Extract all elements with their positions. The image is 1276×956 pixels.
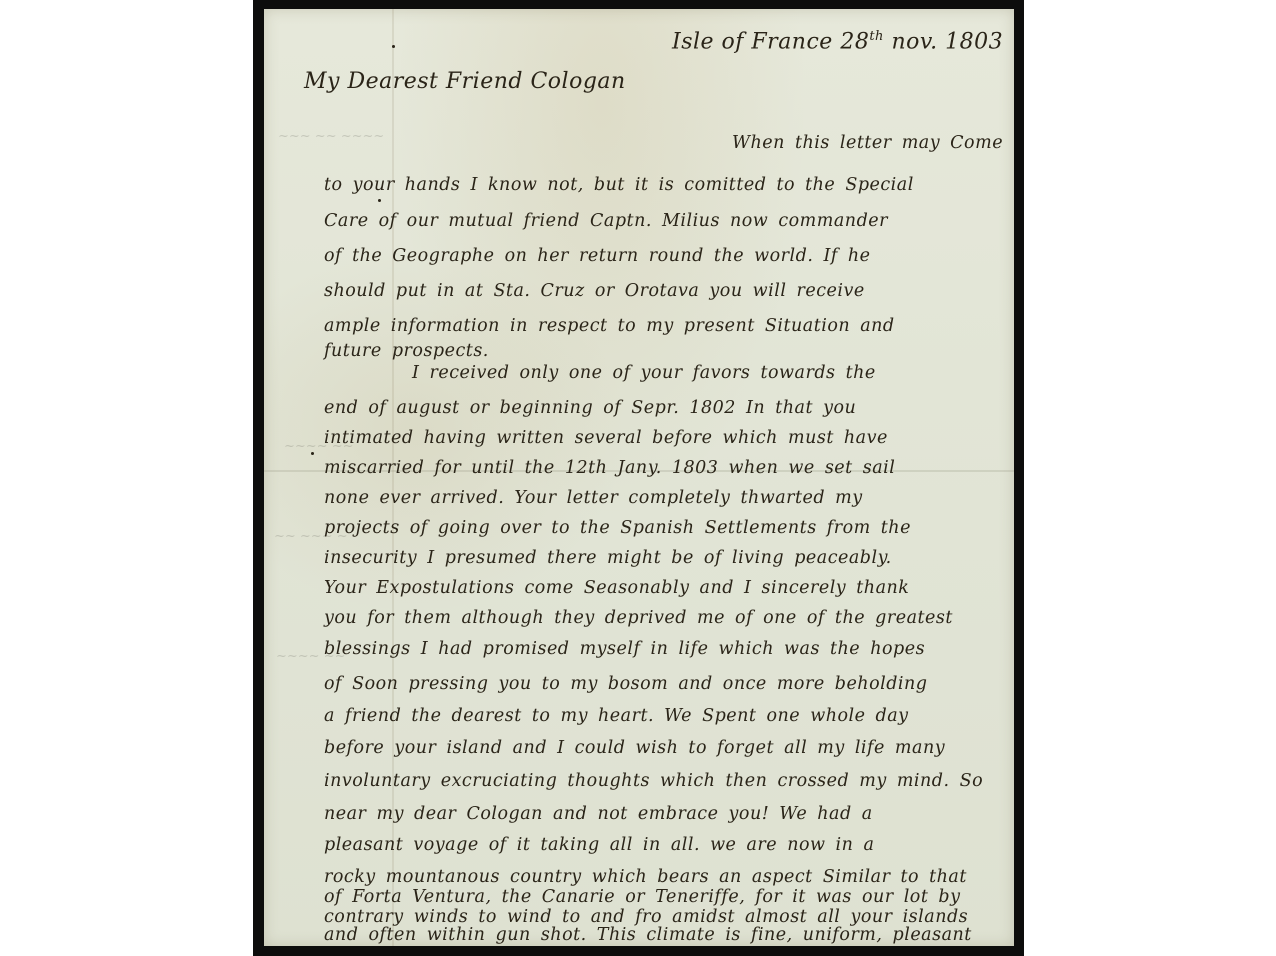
letter-line: you for them although they deprived me o… xyxy=(324,608,953,628)
letter-line: of Soon pressing you to my bosom and onc… xyxy=(324,674,927,694)
letter-line: ample information in respect to my prese… xyxy=(324,316,895,336)
ink-speck xyxy=(378,199,381,202)
letter-line: blessings I had promised myself in life … xyxy=(324,639,925,659)
letter-line: of Forta Ventura, the Canarie or Tenerif… xyxy=(324,887,961,907)
letter-line: rocky mountanous country which bears an … xyxy=(324,867,967,887)
letter-line: end of august or beginning of Sepr. 1802… xyxy=(324,398,856,418)
letter-line: miscarried for until the 12th Jany. 1803… xyxy=(324,458,895,478)
letter-line: contrary winds to wind to and fro amidst… xyxy=(324,907,968,927)
letter-line: insecurity I presumed there might be of … xyxy=(324,548,892,568)
dateline-month: nov. xyxy=(891,29,937,54)
letter-line: before your island and I could wish to f… xyxy=(324,738,945,758)
dateline-day: 28 xyxy=(840,29,869,54)
letter-line: a friend the dearest to my heart. We Spe… xyxy=(324,706,909,726)
letter-line: of the Geographe on her return round the… xyxy=(324,246,871,266)
letter-line: projects of going over to the Spanish Se… xyxy=(324,518,911,538)
dateline-day-suffix: th xyxy=(869,29,884,44)
letter-line: involuntary excruciating thoughts which … xyxy=(324,771,983,791)
letter-line: pleasant voyage of it taking all in all.… xyxy=(324,835,874,855)
letter-line: should put in at Sta. Cruz or Orotava yo… xyxy=(324,281,865,301)
letter-line: Your Expostulations come Seasonably and … xyxy=(324,578,909,598)
dateline-place: Isle of France xyxy=(672,29,833,54)
bleed-through-text: ~~~ ~~ ~~~~ xyxy=(278,129,384,144)
letter-line: I received only one of your favors towar… xyxy=(412,363,876,383)
letter-line: to your hands I know not, but it is comi… xyxy=(324,175,914,195)
salutation: My Dearest Friend Cologan xyxy=(304,69,626,94)
dateline-year: 1803 xyxy=(945,29,1003,54)
letter-line: intimated having written several before … xyxy=(324,428,888,448)
letter-line: When this letter may Come xyxy=(732,133,1003,153)
dateline: Isle of France 28th nov. 1803 xyxy=(672,29,1003,54)
ink-speck xyxy=(311,452,314,455)
letter-line: near my dear Cologan and not embrace you… xyxy=(324,804,873,824)
letter-line: Care of our mutual friend Captn. Milius … xyxy=(324,211,888,231)
ink-speck xyxy=(392,45,395,48)
letter-line: future prospects. xyxy=(324,341,489,361)
letter-line: and often within gun shot. This climate … xyxy=(324,925,972,945)
letter-line: none ever arrived. Your letter completel… xyxy=(324,488,863,508)
letter-page: ~~~ ~~ ~~~~ ~~~~ ~~ ~~ ~~~ ~ ~~~~ ~~ Isl… xyxy=(264,9,1014,946)
